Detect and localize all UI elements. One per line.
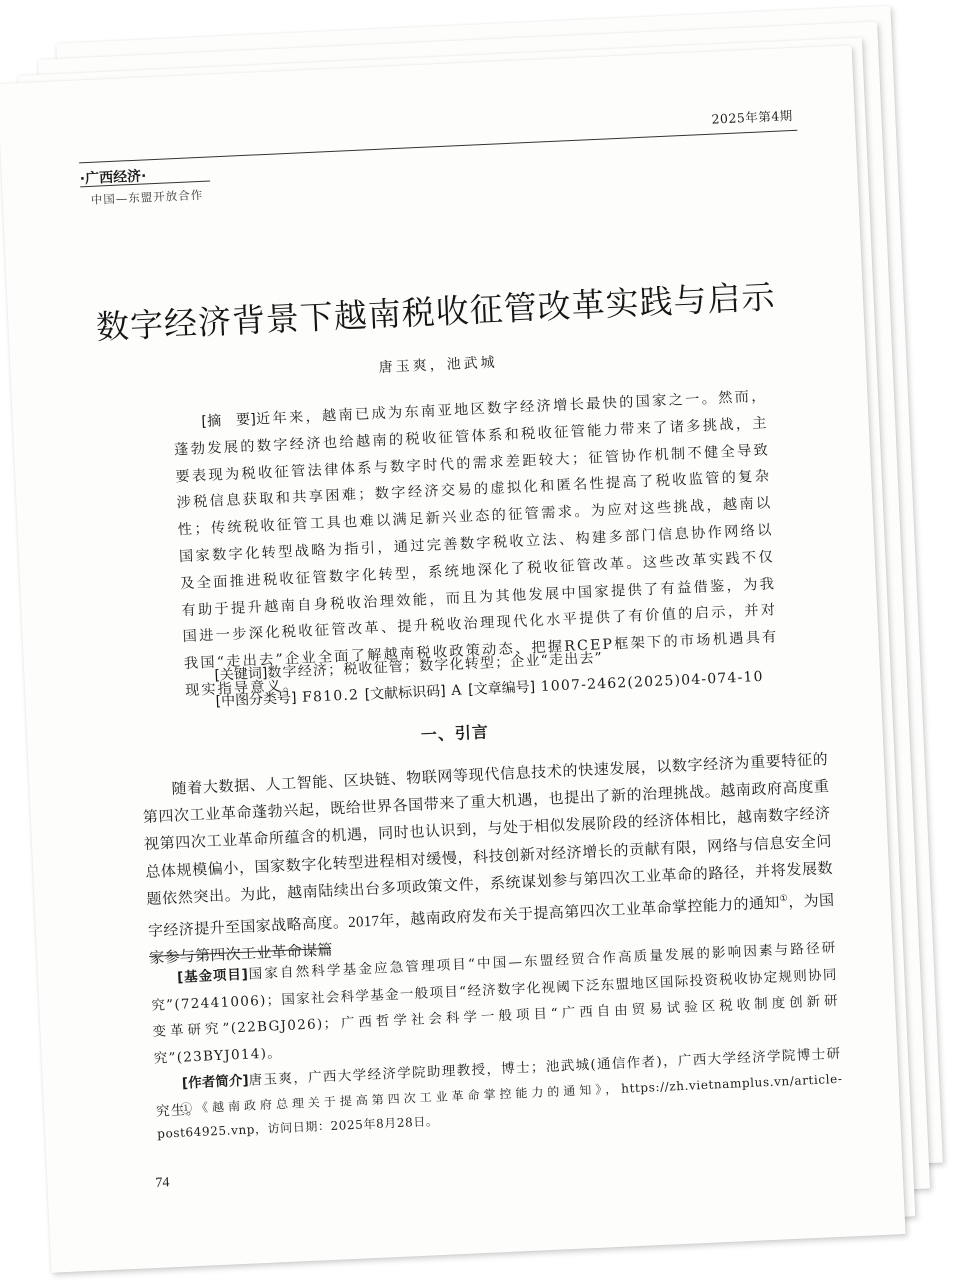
abstract-label: [摘 要] xyxy=(201,412,256,430)
clc-label: [中图分类号] xyxy=(215,690,297,710)
article-no-value: 1007-2462(2025)04-074-10 xyxy=(540,669,764,695)
doc-code-value: A xyxy=(451,683,463,699)
page-number: 74 xyxy=(155,1175,170,1192)
header-rule xyxy=(79,130,797,164)
journal-page: 2025年第4期 ·广西经济· 中国—东盟开放合作 数字经济背景下越南税收征管改… xyxy=(0,45,906,1273)
page-stack: 2025年第4期 ·广西经济· 中国—东盟开放合作 数字经济背景下越南税收征管改… xyxy=(0,0,979,1285)
keywords-label: [关键词] xyxy=(214,665,268,683)
author-bio-label: [作者简介] xyxy=(182,1073,249,1092)
fund-label: [基金项目] xyxy=(177,967,248,986)
article-no-label: [文章编号] xyxy=(468,679,536,698)
column-subtitle: 中国—东盟开放合作 xyxy=(90,187,203,208)
paragraph-text: 随着大数据、人工智能、区块链、物联网等现代信息技术的快速发展，以数字经济为重要特… xyxy=(143,752,834,940)
issue-label: 2025年第4期 xyxy=(711,106,793,128)
doc-code-label: [文献标识码] xyxy=(364,683,446,703)
clc-value: F810.2 xyxy=(302,687,360,706)
